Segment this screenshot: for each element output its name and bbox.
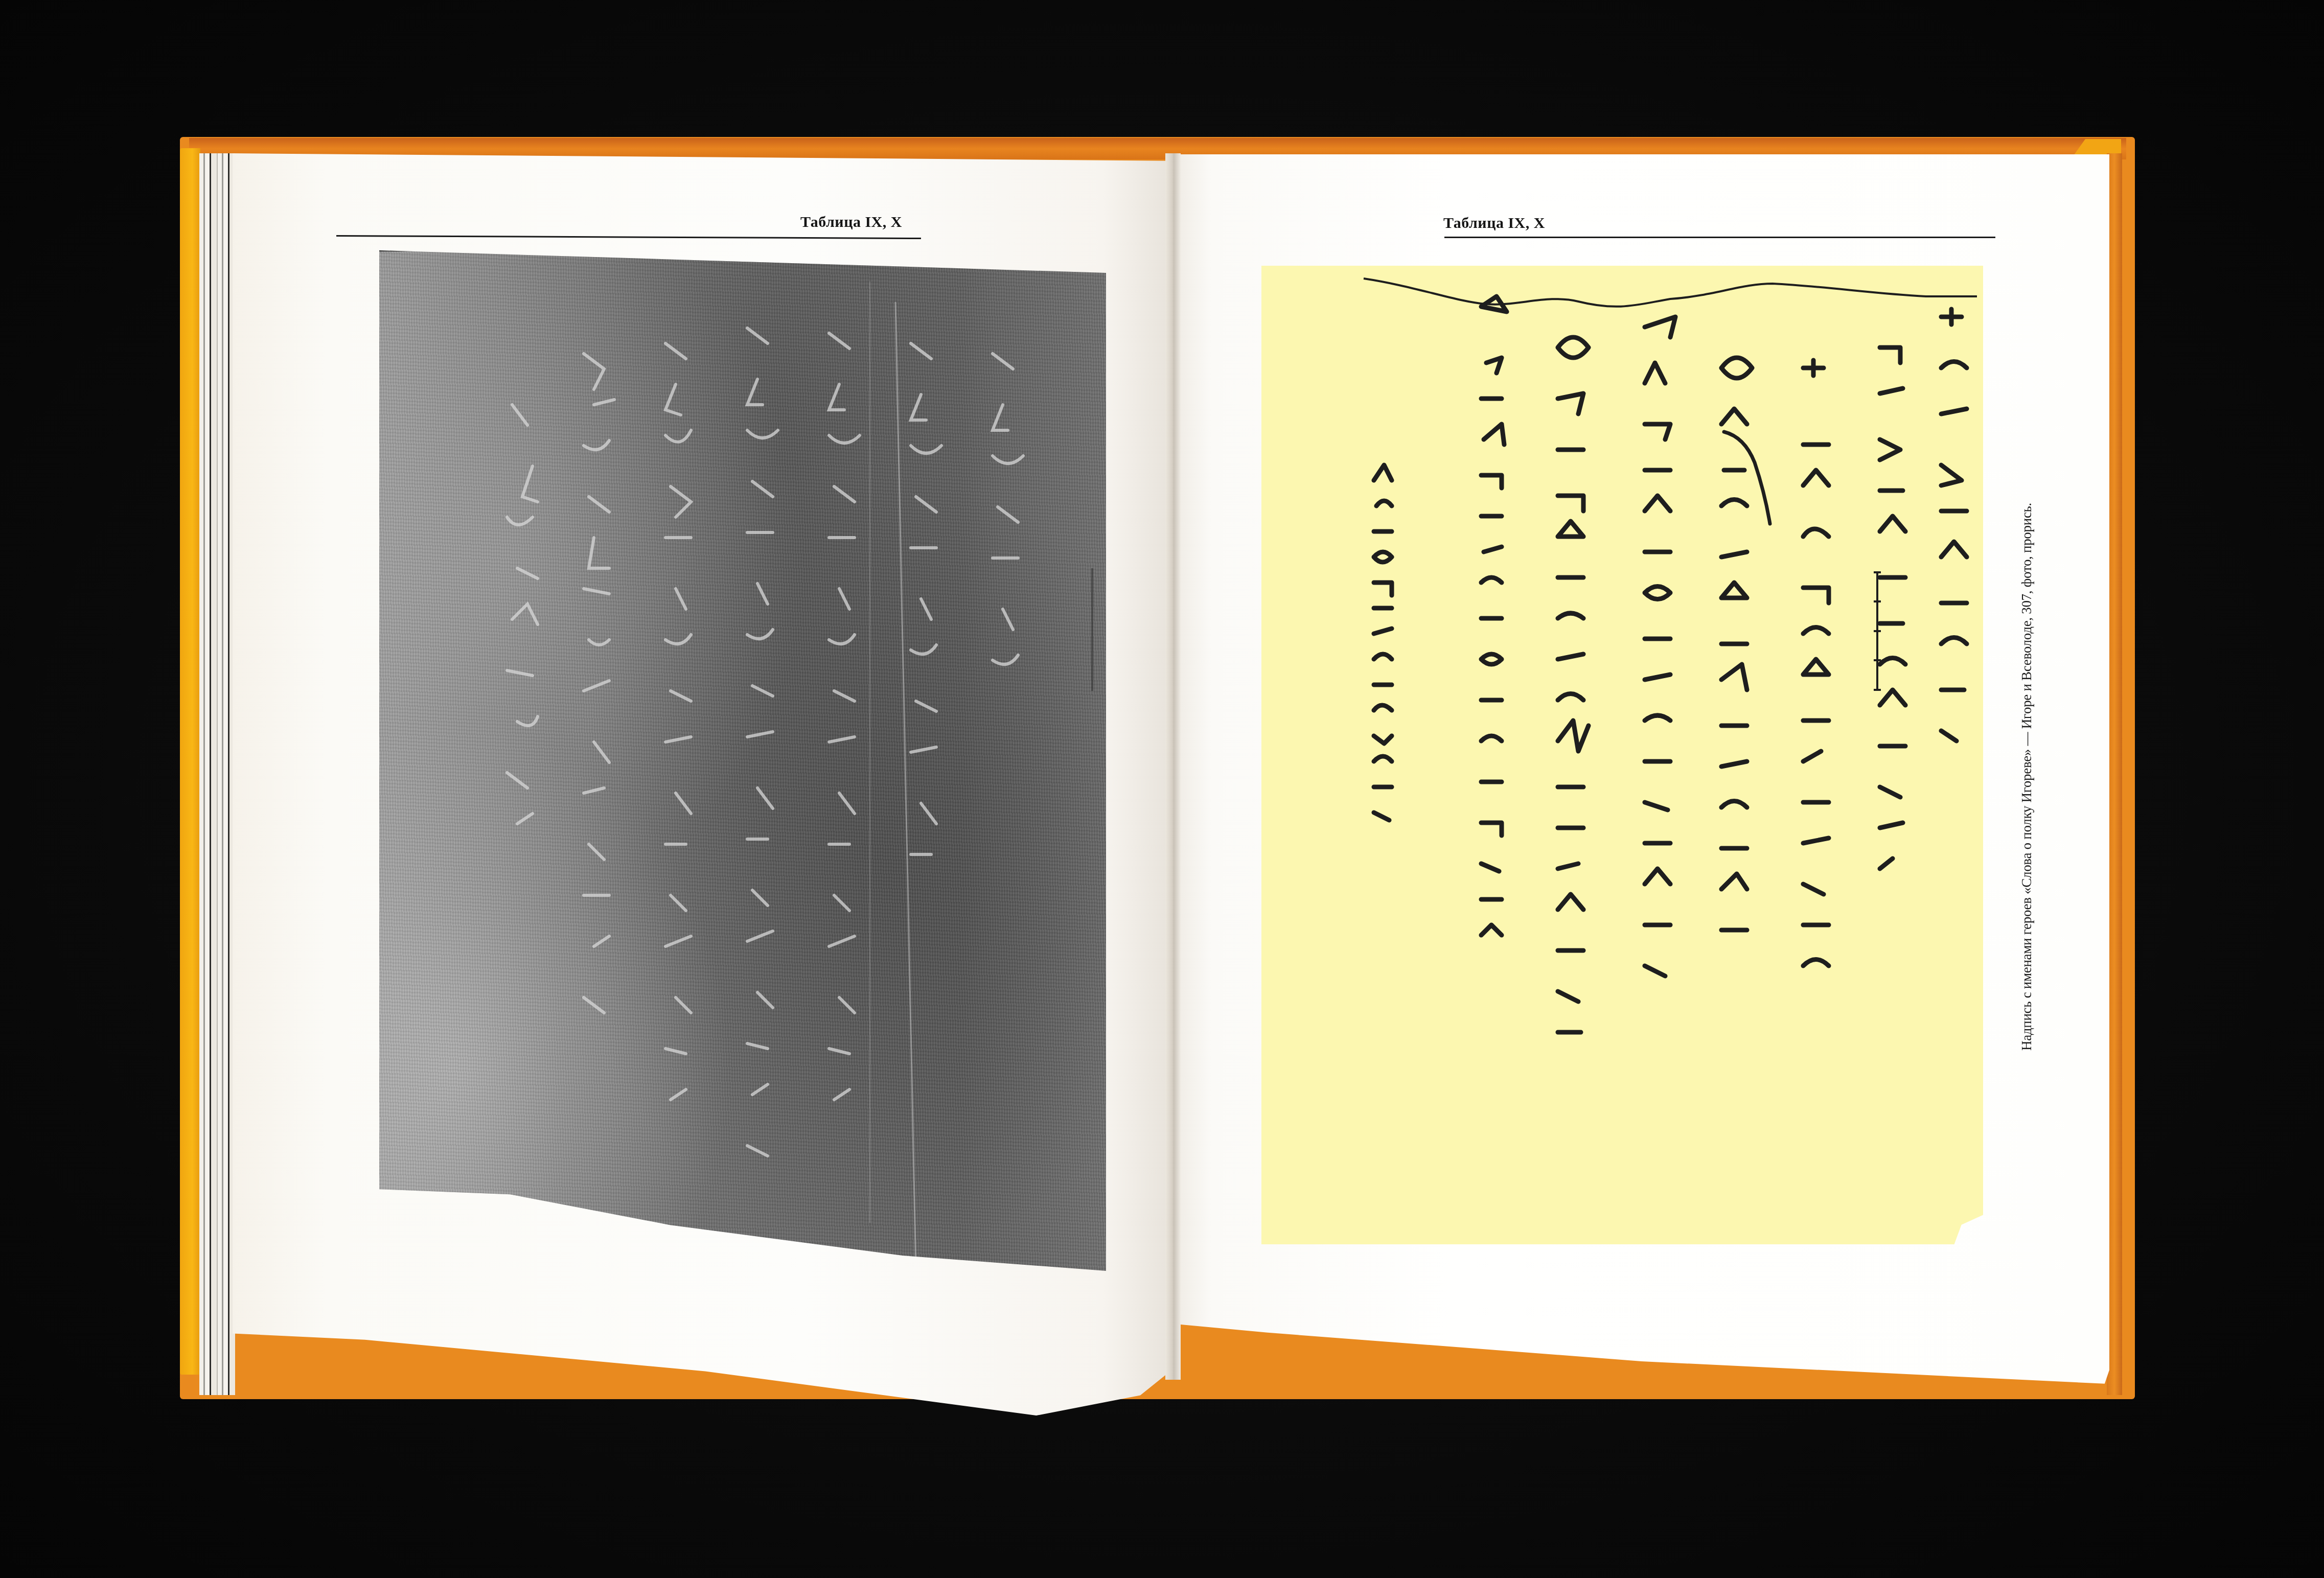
figure-caption: Надпись с именами героев «Слова о полку … [2019,503,2035,1051]
running-head-right: Таблица IX, X [1443,215,1545,232]
running-head-left: Таблица IX, X [800,214,902,231]
cover-left-edge [180,148,200,1375]
inscription-tracing [1261,266,1983,1244]
scale-bar [1874,572,1881,690]
page-stack-fore-edge [199,153,235,1395]
inscription-photograph [379,250,1106,1271]
book-gutter [1165,153,1181,1380]
photo-incised-letters [379,251,1106,1271]
header-rule-right [1444,237,1995,238]
tracing-drawing [1261,266,1983,1244]
